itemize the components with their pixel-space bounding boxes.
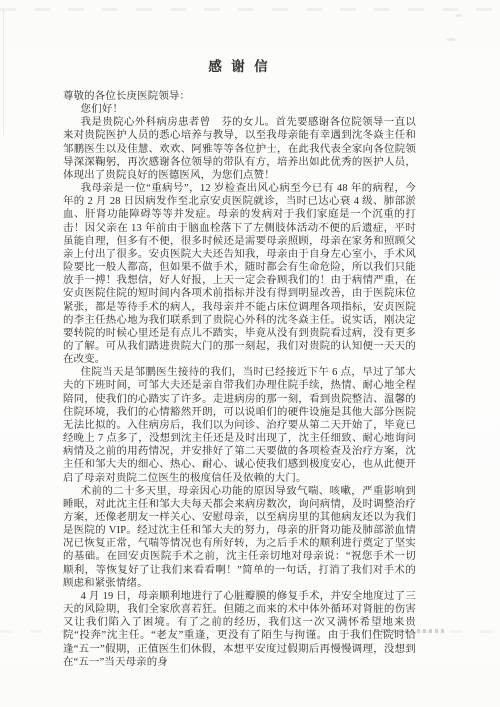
letter-paragraph-1: 我是贵院心外科病房患者曾 芬的女儿。首先要感谢各位院领导一直以来对贵院医护人员的… [63, 116, 416, 182]
scan-artifact-left-edge [3, 10, 4, 135]
greeting: 您们好！ [63, 103, 416, 116]
scan-smudge [446, 38, 456, 41]
scan-artifact-top [0, 8, 500, 11]
salutation: 尊敬的各位长庚医院领导： [63, 90, 416, 103]
scan-smudge [370, 643, 376, 645]
letter-body: 尊敬的各位长庚医院领导： 您们好！ 我是贵院心外科病房患者曾 芬的女儿。首先要感… [63, 90, 416, 669]
letter-paragraph-4: 术前的二十多天里，母亲因心功能的原因导致气喘、咳嗽，严重影响到睡眠，对此沈主任和… [63, 485, 416, 590]
letter-paragraph-2: 我母亲是一位“重病号”，12 岁检查出风心病至今已有 48 年的病程，今年的 2… [63, 182, 416, 366]
scanned-letter-page: 感 谢 信 尊敬的各位长庚医院领导： 您们好！ 我是贵院心外科病房患者曾 芬的女… [0, 0, 500, 707]
letter-paragraph-3: 住院当天是邹鹏医生接待的我们，当时已经接近下午 6 点，早过了邹大夫的下班时间，… [63, 366, 416, 484]
scan-smudge [455, 14, 462, 17]
letter-title: 感 谢 信 [63, 55, 416, 75]
scan-artifact-bottom [0, 630, 500, 633]
